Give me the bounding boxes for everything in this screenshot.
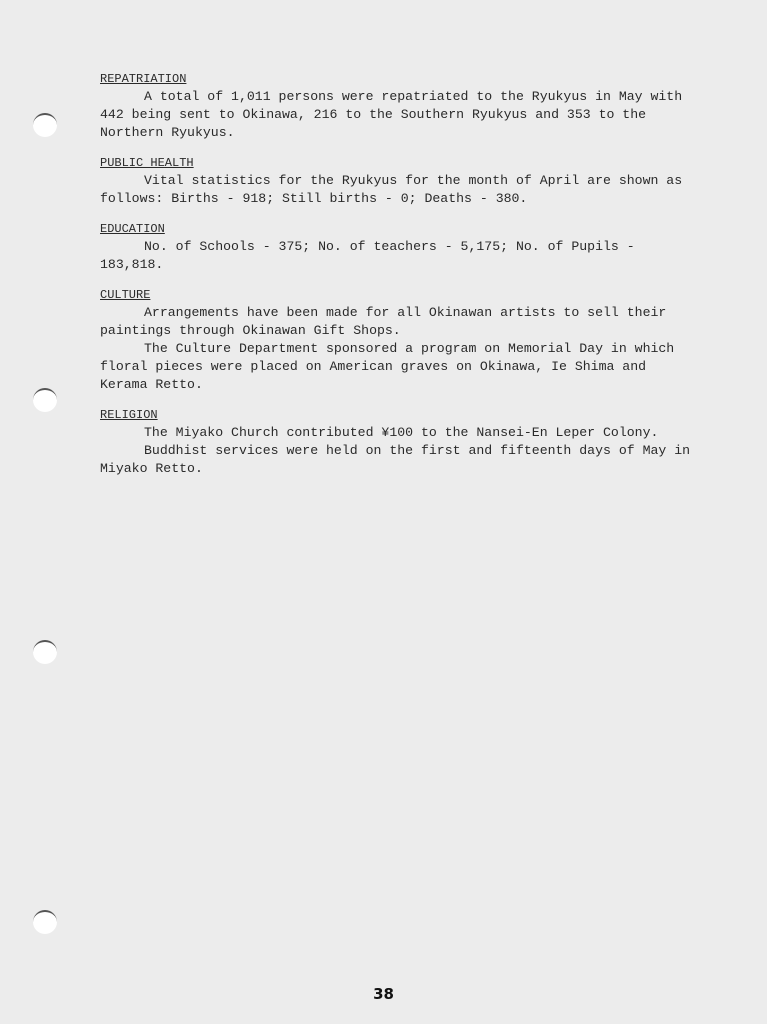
paragraph: No. of Schools - 375; No. of teachers - … <box>100 238 700 274</box>
section-public-health: PUBLIC HEALTH Vital statistics for the R… <box>100 154 700 208</box>
punch-hole <box>33 113 57 137</box>
paragraph: Buddhist services were held on the first… <box>100 442 700 478</box>
paragraph: The Miyako Church contributed ¥100 to th… <box>100 424 700 442</box>
section-religion: RELIGION The Miyako Church contributed ¥… <box>100 406 700 478</box>
punch-hole <box>33 910 57 934</box>
document-page: REPATRIATION A total of 1,011 persons we… <box>0 0 767 1024</box>
section-repatriation: REPATRIATION A total of 1,011 persons we… <box>100 70 700 142</box>
page-number: 38 <box>0 985 767 1003</box>
paragraph: Vital statistics for the Ryukyus for the… <box>100 172 700 208</box>
punch-hole <box>33 640 57 664</box>
section-culture: CULTURE Arrangements have been made for … <box>100 286 700 394</box>
section-heading: RELIGION <box>100 406 158 424</box>
document-body: REPATRIATION A total of 1,011 persons we… <box>100 70 700 490</box>
section-heading: CULTURE <box>100 286 150 304</box>
section-heading: REPATRIATION <box>100 70 186 88</box>
paragraph: A total of 1,011 persons were repatriate… <box>100 88 700 142</box>
section-education: EDUCATION No. of Schools - 375; No. of t… <box>100 220 700 274</box>
paragraph: Arrangements have been made for all Okin… <box>100 304 700 340</box>
paragraph: The Culture Department sponsored a progr… <box>100 340 700 394</box>
section-heading: PUBLIC HEALTH <box>100 154 194 172</box>
punch-hole <box>33 388 57 412</box>
section-heading: EDUCATION <box>100 220 165 238</box>
